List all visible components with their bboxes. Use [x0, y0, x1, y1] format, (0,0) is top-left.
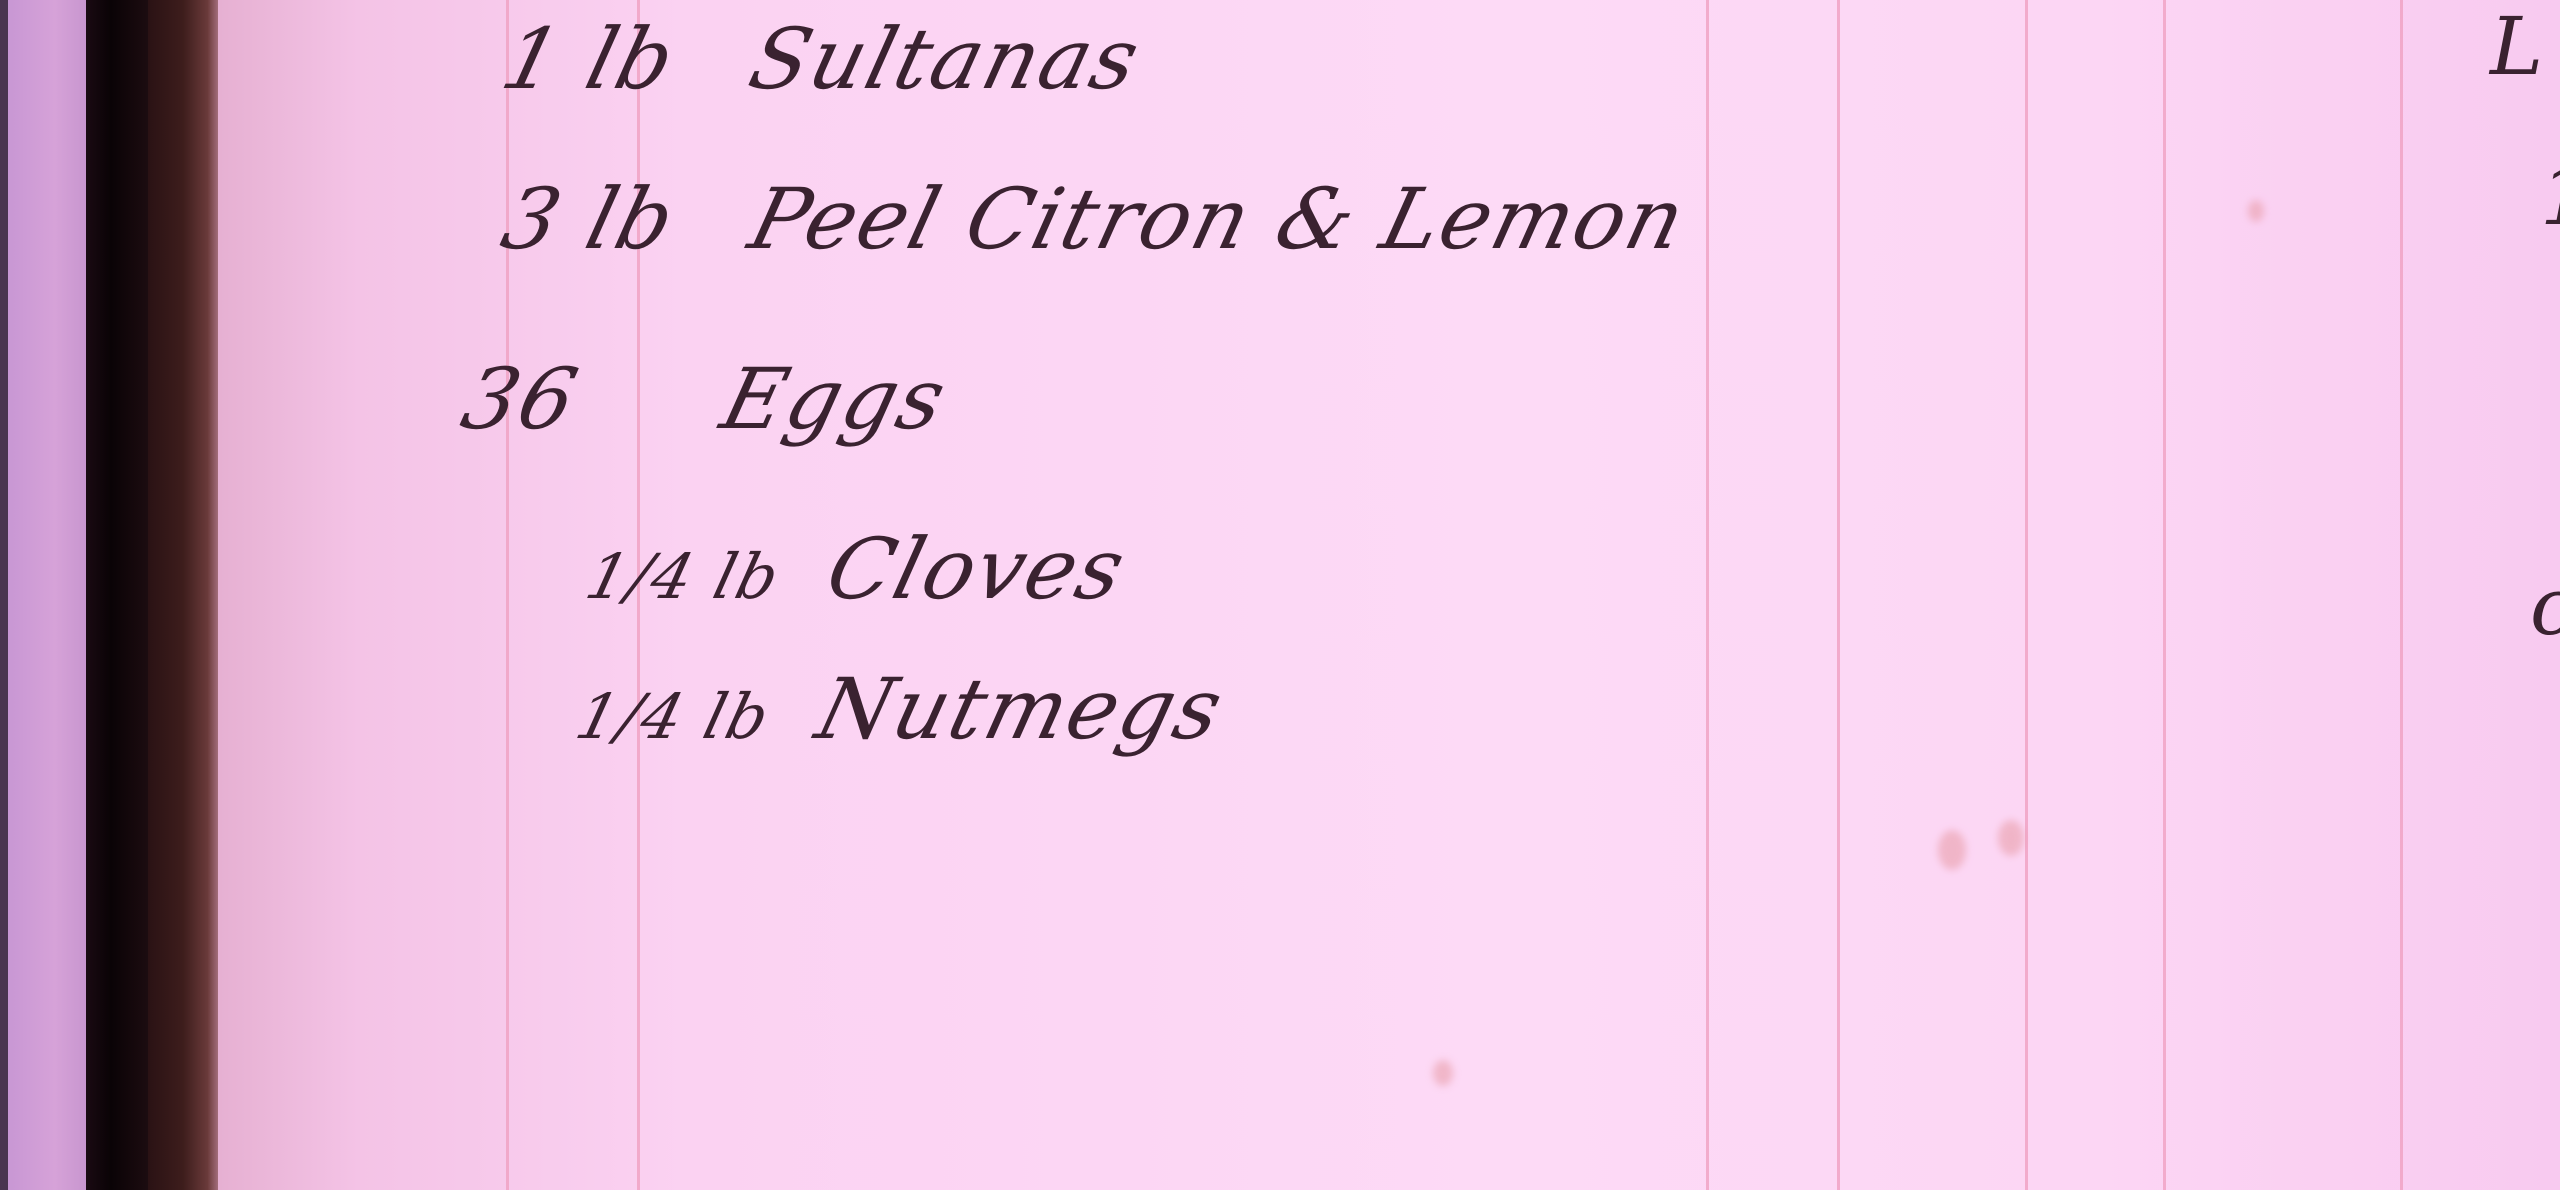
entry-quantity: 1 lb: [493, 10, 686, 108]
ruled-line: [2025, 0, 2028, 1190]
paper-stain: [1938, 830, 1966, 870]
entry-quantity: 1/4 lb: [569, 680, 778, 753]
paper-stain: [1433, 1060, 1453, 1086]
entry-item: Eggs: [712, 350, 956, 448]
book-binding: [86, 0, 148, 1190]
scan-edge: [0, 0, 8, 1190]
entry-quantity: 1/4 lb: [579, 540, 788, 613]
ruled-line: [2163, 0, 2166, 1190]
entry-item: Peel Citron & Lemon: [740, 170, 1696, 268]
ledger-entry: 3 lb Peel Citron & Lemon: [493, 170, 1696, 268]
cropped-margin-text: 1: [2540, 150, 2560, 243]
binding-gutter: [148, 0, 218, 1190]
ruled-line: [1706, 0, 1709, 1190]
entry-item: Sultanas: [740, 10, 1150, 108]
entry-quantity: 36: [453, 350, 588, 448]
ruled-line: [2400, 0, 2403, 1190]
ledger-entry: 1/4 lb Cloves: [578, 520, 1136, 618]
cropped-margin-text: L: [2490, 0, 2543, 93]
ledger-entry: 36 Eggs: [453, 350, 957, 448]
ruled-line: [1837, 0, 1840, 1190]
ledger-entry: 1/4 lb Nutmegs: [568, 660, 1234, 758]
paper-stain: [1998, 820, 2024, 856]
ruled-line: [506, 0, 509, 1190]
entry-item: Nutmegs: [808, 660, 1234, 758]
page-backing-strip: [8, 0, 86, 1190]
entry-quantity: 3 lb: [493, 170, 686, 268]
cropped-margin-text: c: [2530, 560, 2560, 653]
paper-stain: [2248, 200, 2264, 222]
ledger-entry: 1 lb Sultanas: [493, 10, 1151, 108]
entry-item: Cloves: [818, 520, 1136, 618]
